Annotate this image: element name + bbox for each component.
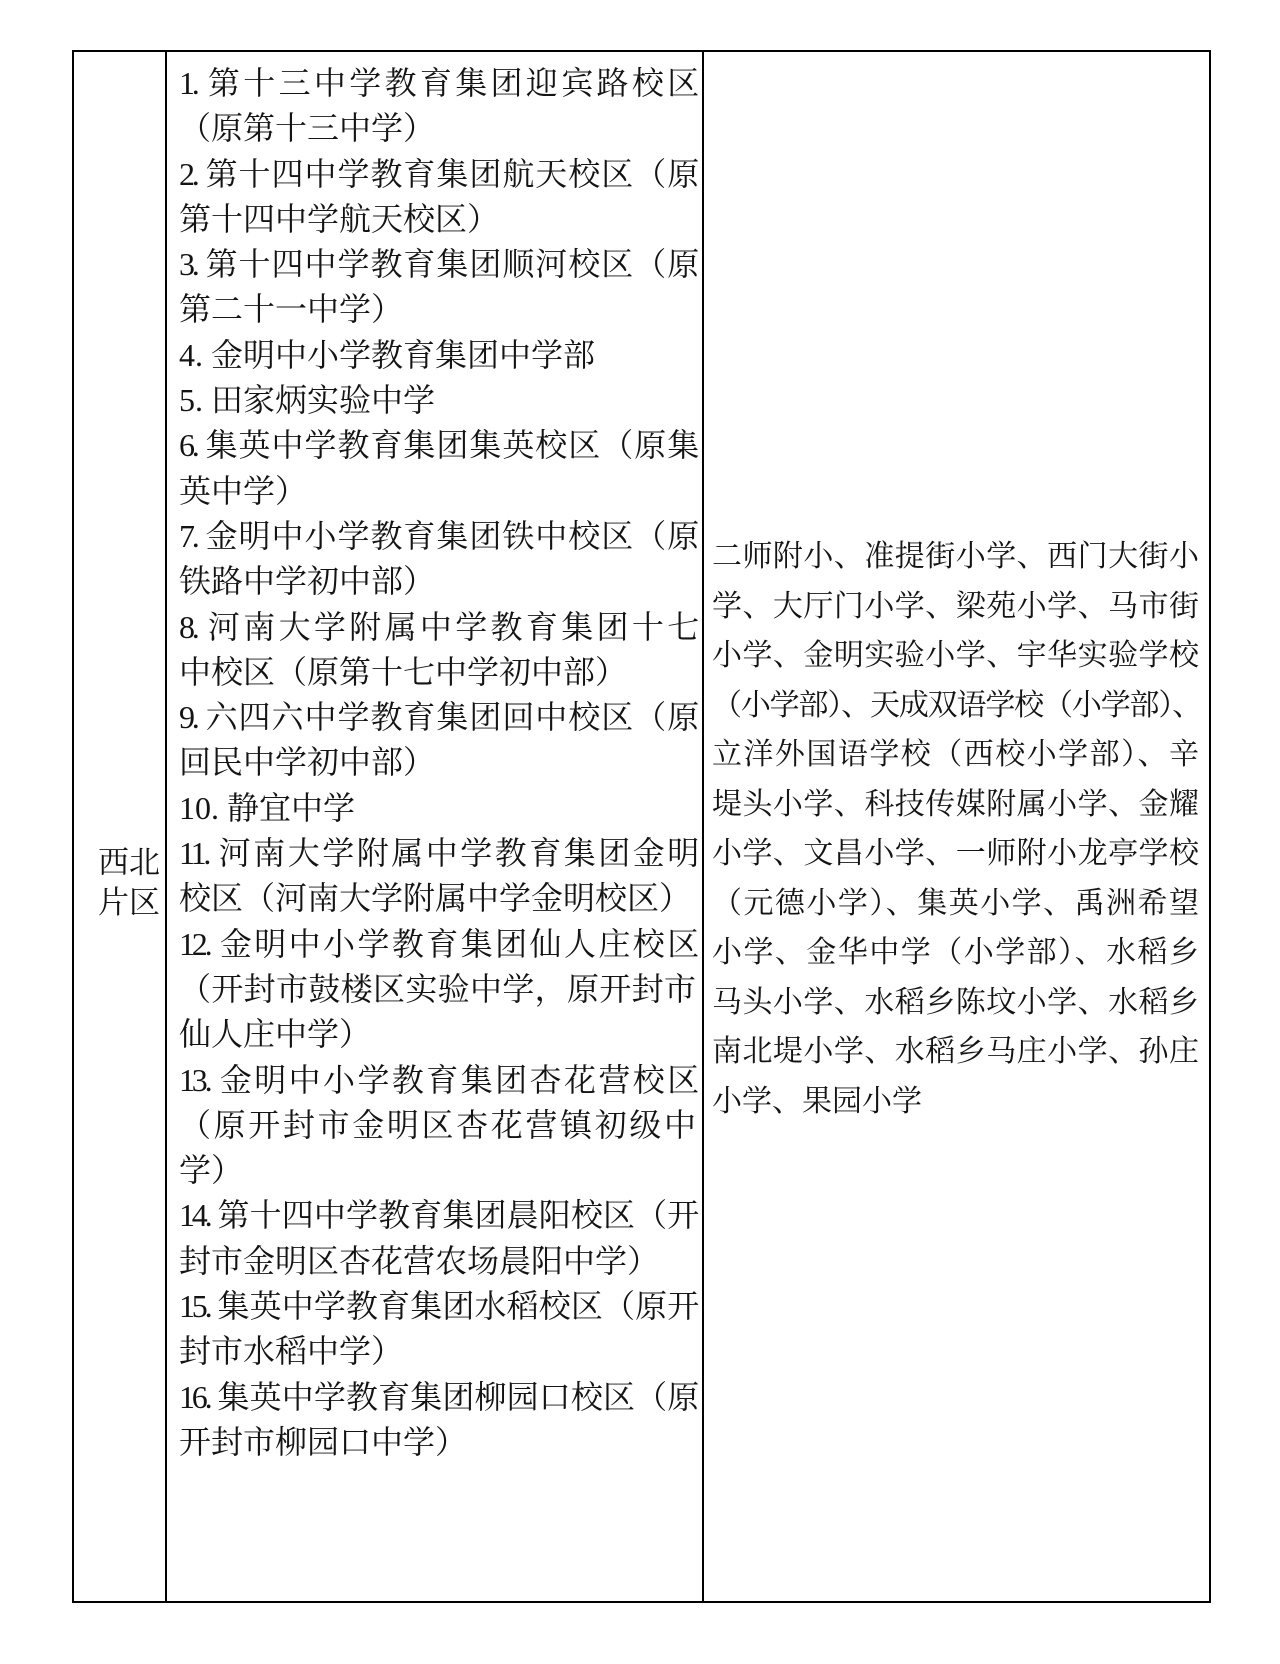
text-line: 封市金明区杏花营农场晨阳中学） bbox=[179, 1239, 696, 1284]
text-line: 10. 静宜中学 bbox=[179, 786, 696, 831]
text-line: 英中学） bbox=[179, 469, 696, 514]
text-line: 回民中学初中部） bbox=[179, 740, 696, 785]
middle-schools-cell: 1. 第十三中学教育集团迎宾路校区（原第十三中学）2. 第十四中学教育集团航天校… bbox=[167, 52, 704, 1601]
text-line: 学） bbox=[179, 1148, 696, 1193]
text-line: 11. 河南大学附属中学教育集团金明 bbox=[179, 831, 696, 876]
region-label: 西北片区 bbox=[98, 843, 165, 922]
text-line: 封市水稻中学） bbox=[179, 1329, 696, 1374]
text-line: 二师附小、准提街小学、西门大街小 bbox=[712, 532, 1199, 582]
text-line: 15. 集英中学教育集团水稻校区（原开 bbox=[179, 1284, 696, 1329]
middle-schools-list: 1. 第十三中学教育集团迎宾路校区（原第十三中学）2. 第十四中学教育集团航天校… bbox=[179, 61, 696, 1465]
text-line: 校区（河南大学附属中学金明校区） bbox=[179, 876, 696, 921]
text-line: 第十四中学航天校区） bbox=[179, 197, 696, 242]
text-line: 2. 第十四中学教育集团航天校区（原 bbox=[179, 152, 696, 197]
text-line: 5. 田家炳实验中学 bbox=[179, 378, 696, 423]
text-line: 南北堤小学、水稻乡马庄小学、孙庄 bbox=[712, 1027, 1199, 1077]
text-line: 片区 bbox=[98, 883, 165, 923]
text-line: 立洋外国语学校（西校小学部）、辛 bbox=[712, 730, 1199, 780]
text-line: （原开封市金明区杏花营镇初级中 bbox=[179, 1103, 696, 1148]
text-line: 堤头小学、科技传媒附属小学、金耀 bbox=[712, 780, 1199, 830]
text-line: 铁路中学初中部） bbox=[179, 559, 696, 604]
text-line: 14. 第十四中学教育集团晨阳校区（开 bbox=[179, 1193, 696, 1238]
text-line: 9. 六四六中学教育集团回中校区（原 bbox=[179, 695, 696, 740]
school-district-table: 西北片区 1. 第十三中学教育集团迎宾路校区（原第十三中学）2. 第十四中学教育… bbox=[72, 50, 1211, 1603]
text-line: 6. 集英中学教育集团集英校区（原集 bbox=[179, 423, 696, 468]
text-line: 小学、果园小学 bbox=[712, 1077, 1199, 1127]
text-line: 3. 第十四中学教育集团顺河校区（原 bbox=[179, 242, 696, 287]
text-line: 12. 金明中小学教育集团仙人庄校区 bbox=[179, 922, 696, 967]
text-line: 第二十一中学） bbox=[179, 287, 696, 332]
text-line: 学、大厅门小学、梁苑小学、马市街 bbox=[712, 582, 1199, 632]
text-line: 16. 集英中学教育集团柳园口校区（原 bbox=[179, 1375, 696, 1420]
text-line: 1. 第十三中学教育集团迎宾路校区 bbox=[179, 61, 696, 106]
text-line: 4. 金明中小学教育集团中学部 bbox=[179, 333, 696, 378]
primary-schools-cell: 二师附小、准提街小学、西门大街小学、大厅门小学、梁苑小学、马市街小学、金明实验小… bbox=[704, 52, 1209, 1601]
primary-schools-paragraph: 二师附小、准提街小学、西门大街小学、大厅门小学、梁苑小学、马市街小学、金明实验小… bbox=[712, 532, 1199, 1126]
region-cell: 西北片区 bbox=[74, 52, 167, 1601]
text-line: 13. 金明中小学教育集团杏花营校区 bbox=[179, 1058, 696, 1103]
text-line: 中校区（原第十七中学初中部） bbox=[179, 650, 696, 695]
text-line: 小学、金明实验小学、宇华实验学校 bbox=[712, 631, 1199, 681]
text-line: 小学、文昌小学、一师附小龙亭学校 bbox=[712, 829, 1199, 879]
text-line: 仙人庄中学） bbox=[179, 1012, 696, 1057]
text-line: （原第十三中学） bbox=[179, 106, 696, 151]
text-line: 小学、金华中学（小学部）、水稻乡 bbox=[712, 928, 1199, 978]
text-line: 7. 金明中小学教育集团铁中校区（原 bbox=[179, 514, 696, 559]
text-line: 马头小学、水稻乡陈坟小学、水稻乡 bbox=[712, 978, 1199, 1028]
text-line: 8. 河南大学附属中学教育集团十七 bbox=[179, 605, 696, 650]
text-line: （小学部）、天成双语学校（小学部）、 bbox=[712, 681, 1199, 731]
text-line: （元德小学）、集英小学、禹洲希望 bbox=[712, 879, 1199, 929]
text-line: 西北 bbox=[98, 843, 165, 883]
text-line: 开封市柳园口中学） bbox=[179, 1420, 696, 1465]
text-line: （开封市鼓楼区实验中学，原开封市 bbox=[179, 967, 696, 1012]
